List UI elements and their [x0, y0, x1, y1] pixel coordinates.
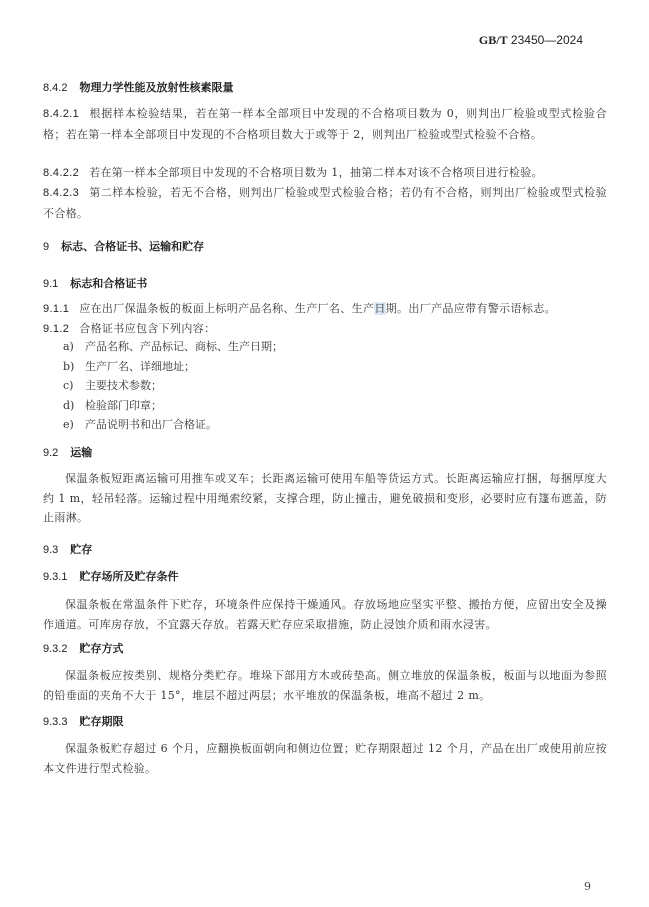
- list-item: b)生产厂名、详细地址；: [63, 357, 283, 377]
- heading-9-3: 9.3贮存: [43, 541, 92, 557]
- heading-9-2: 9.2运输: [43, 444, 92, 460]
- document-page: GB/T 23450—2024 8.4.2物理力学性能及放射性核素限量 8.4.…: [0, 0, 649, 907]
- list-item: a)产品名称、产品标记、商标、生产日期；: [63, 337, 283, 357]
- standard-prefix: GB/T: [479, 33, 508, 47]
- paragraph-8-4-2-1: 8.4.2.1根据样本检验结果，若在第一样本全部项目中发现的不合格项目数为 0，…: [43, 104, 607, 144]
- standard-header: GB/T 23450—2024: [479, 33, 583, 48]
- heading-8-4-2: 8.4.2物理力学性能及放射性核素限量: [43, 79, 233, 95]
- heading-9-3-3: 9.3.3贮存期限: [43, 713, 123, 729]
- page-number: 9: [584, 880, 591, 893]
- paragraph-8-4-2-3: 8.4.2.3第二样本检验，若无不合格，则判出厂检验或型式检验合格；若仍有不合格…: [43, 183, 607, 223]
- list-item: d)检验部门印章；: [63, 396, 283, 416]
- heading-9: 9标志、合格证书、运输和贮存: [43, 238, 204, 254]
- text-highlight: 日: [374, 302, 385, 315]
- paragraph-9-3-1: 保温条板在常温条件下贮存，环境条件应保持干燥通风。存放场地应坚实平整、搬抬方便，…: [43, 595, 607, 634]
- list-item: c)主要技术参数；: [63, 376, 283, 396]
- paragraph-9-2: 保温条板短距离运输可用推车或叉车；长距离运输可使用车船等货运方式。长距离运输应打…: [43, 469, 607, 528]
- certificate-contents-list: a)产品名称、产品标记、商标、生产日期； b)生产厂名、详细地址； c)主要技术…: [63, 337, 283, 435]
- paragraph-9-3-2: 保温条板应按类别、规格分类贮存。堆垛下部用方木或砖垫高。侧立堆放的保温条板，板面…: [43, 666, 607, 705]
- paragraph-9-3-3: 保温条板贮存超过 6 个月，应翻换板面朝向和侧边位置；贮存期限超过 12 个月，…: [43, 739, 607, 778]
- standard-number: 23450—2024: [511, 33, 583, 47]
- heading-9-1: 9.1标志和合格证书: [43, 275, 147, 291]
- heading-9-3-2: 9.3.2贮存方式: [43, 640, 123, 656]
- heading-9-3-1: 9.3.1贮存场所及贮存条件: [43, 568, 178, 584]
- paragraph-8-4-2-2: 8.4.2.2若在第一样本全部项目中发现的不合格项目数为 1，抽第二样本对该不合…: [43, 163, 607, 184]
- paragraph-9-1-1: 9.1.1应在出厂保温条板的板面上标明产品名称、生产厂名、生产日期。出厂产品应带…: [43, 299, 607, 320]
- list-item: e)产品说明书和出厂合格证。: [63, 415, 283, 435]
